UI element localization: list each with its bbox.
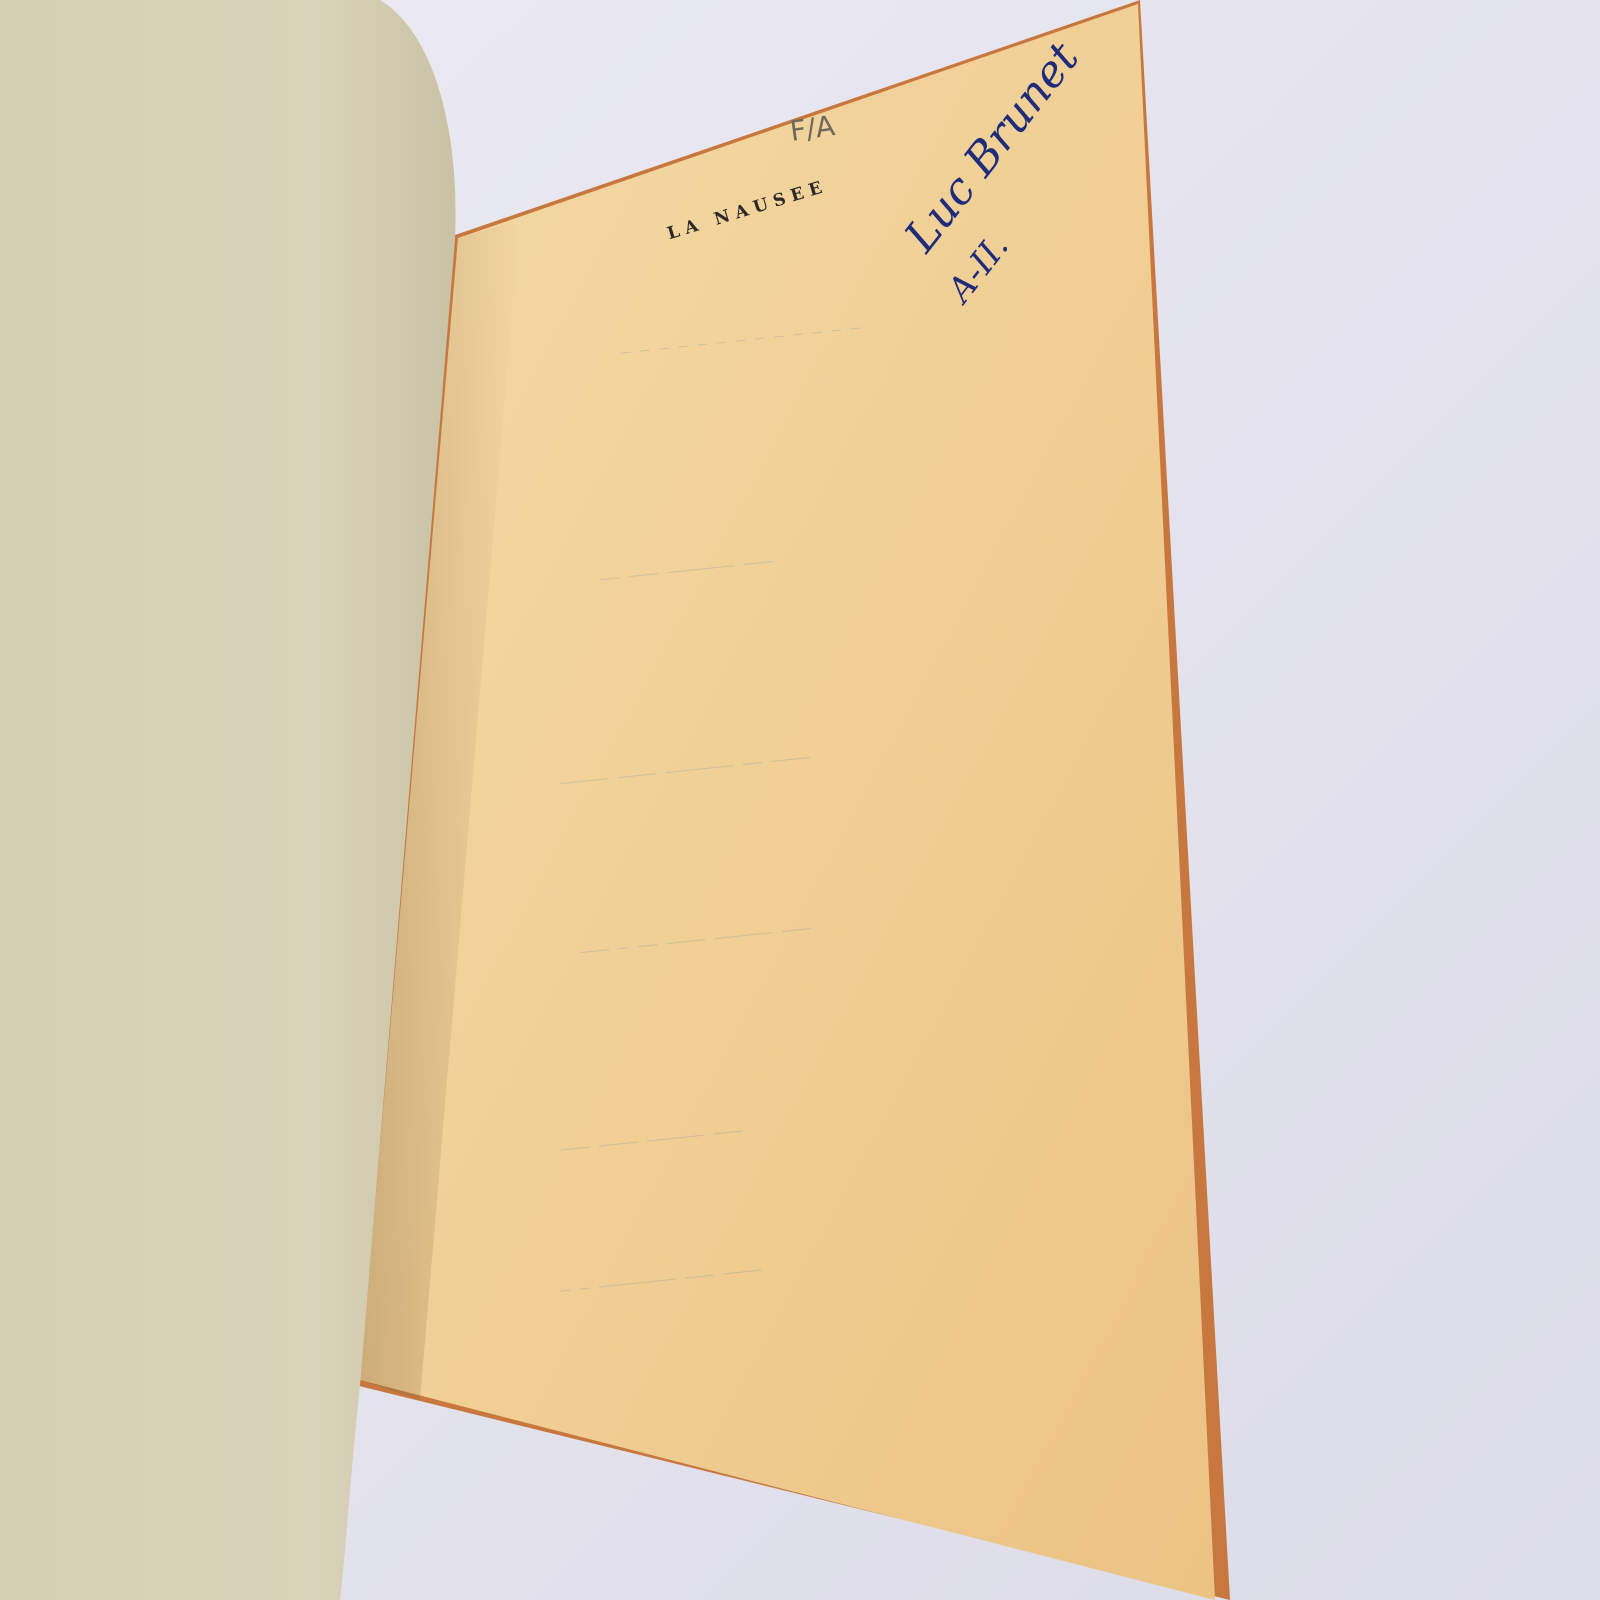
book-illustration [0, 0, 1600, 1600]
pencil-mark: F/A [788, 109, 837, 148]
photo-scene: — — — — — — — — — — — — — —— ——— ———————… [0, 0, 1600, 1600]
